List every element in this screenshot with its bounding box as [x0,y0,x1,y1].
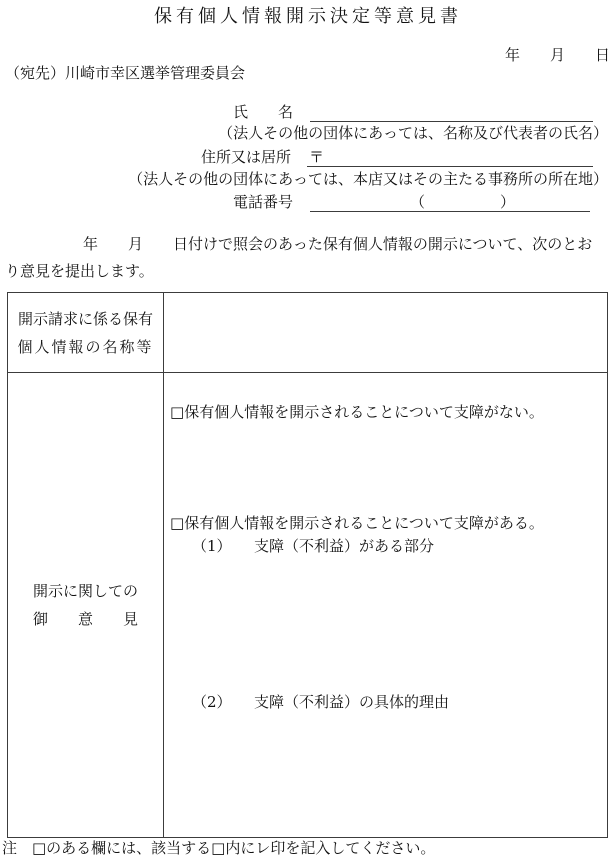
date-line: 年 月 日 [505,45,610,65]
info-name-entry-area[interactable] [164,293,607,372]
phone-area-code-parens: （ ） [410,192,515,212]
opinion-header-cell: 開示に関しての 御 意 見 [8,373,164,837]
addressee-line: （宛先）川崎市幸区選挙管理委員会 [5,63,245,83]
opinion-header-line-2: 御 意 見 [33,605,138,633]
footnote: 注 □のある欄には、該当する□内にレ印を記入してください。 [2,838,435,856]
checkbox-no-objection[interactable]: □ [170,403,184,421]
postal-mark: 〒 [309,147,324,167]
document-title: 保有個人情報開示決定等意見書 [0,4,616,30]
table-row-opinion: 開示に関しての 御 意 見 □保有個人情報を開示されることについて支障がない。 … [8,373,607,837]
table-row-info-name: 開示請求に係る保有 個人情報の名称等 [8,293,607,373]
name-label: 氏 名 [233,102,293,122]
statement-line-2: り意見を提出します。 [5,261,613,281]
info-name-header-line-2: 個人情報の名称等 [17,333,153,361]
document-page: 保有個人情報開示決定等意見書 年 月 日 （宛先）川崎市幸区選挙管理委員会 氏 … [0,0,616,856]
info-name-header-line-1: 開示請求に係る保有 [18,305,153,333]
option-objection-label: 保有個人情報を開示されることについて支障がある。 [184,514,544,532]
phone-input-line[interactable]: （ ） [310,192,590,212]
objection-sub-item-1: （1） 支障（不利益）がある部分 [192,536,434,556]
option-no-objection: □保有個人情報を開示されることについて支障がない。 [170,402,544,422]
address-input-line[interactable]: 〒 [307,147,593,167]
opinion-entry-area: □保有個人情報を開示されることについて支障がない。 □保有個人情報を開示されるこ… [164,373,607,837]
name-corporate-note: （法人その他の団体にあっては、名称及び代表者の氏名） [218,123,608,143]
info-name-header-cell: 開示請求に係る保有 個人情報の名称等 [8,293,164,372]
opinion-header-line-1: 開示に関しての [33,577,138,605]
name-input-line[interactable] [310,102,593,122]
address-label: 住所又は居所 [201,147,291,167]
option-objection: □保有個人情報を開示されることについて支障がある。 [170,513,544,533]
phone-label: 電話番号 [233,192,293,212]
option-no-objection-label: 保有個人情報を開示されることについて支障がない。 [184,403,544,421]
checkbox-objection[interactable]: □ [170,514,184,532]
statement-line-1: 年 月 日付けで照会のあった保有個人情報の開示について、次のとお [5,234,613,254]
opinion-form-table: 開示請求に係る保有 個人情報の名称等 開示に関しての 御 意 見 □保有個人情報… [7,292,608,838]
objection-sub-item-2: （2） 支障（不利益）の具体的理由 [192,692,449,712]
address-corporate-note: （法人その他の団体にあっては、本店又はその主たる事務所の所在地） [128,169,608,189]
